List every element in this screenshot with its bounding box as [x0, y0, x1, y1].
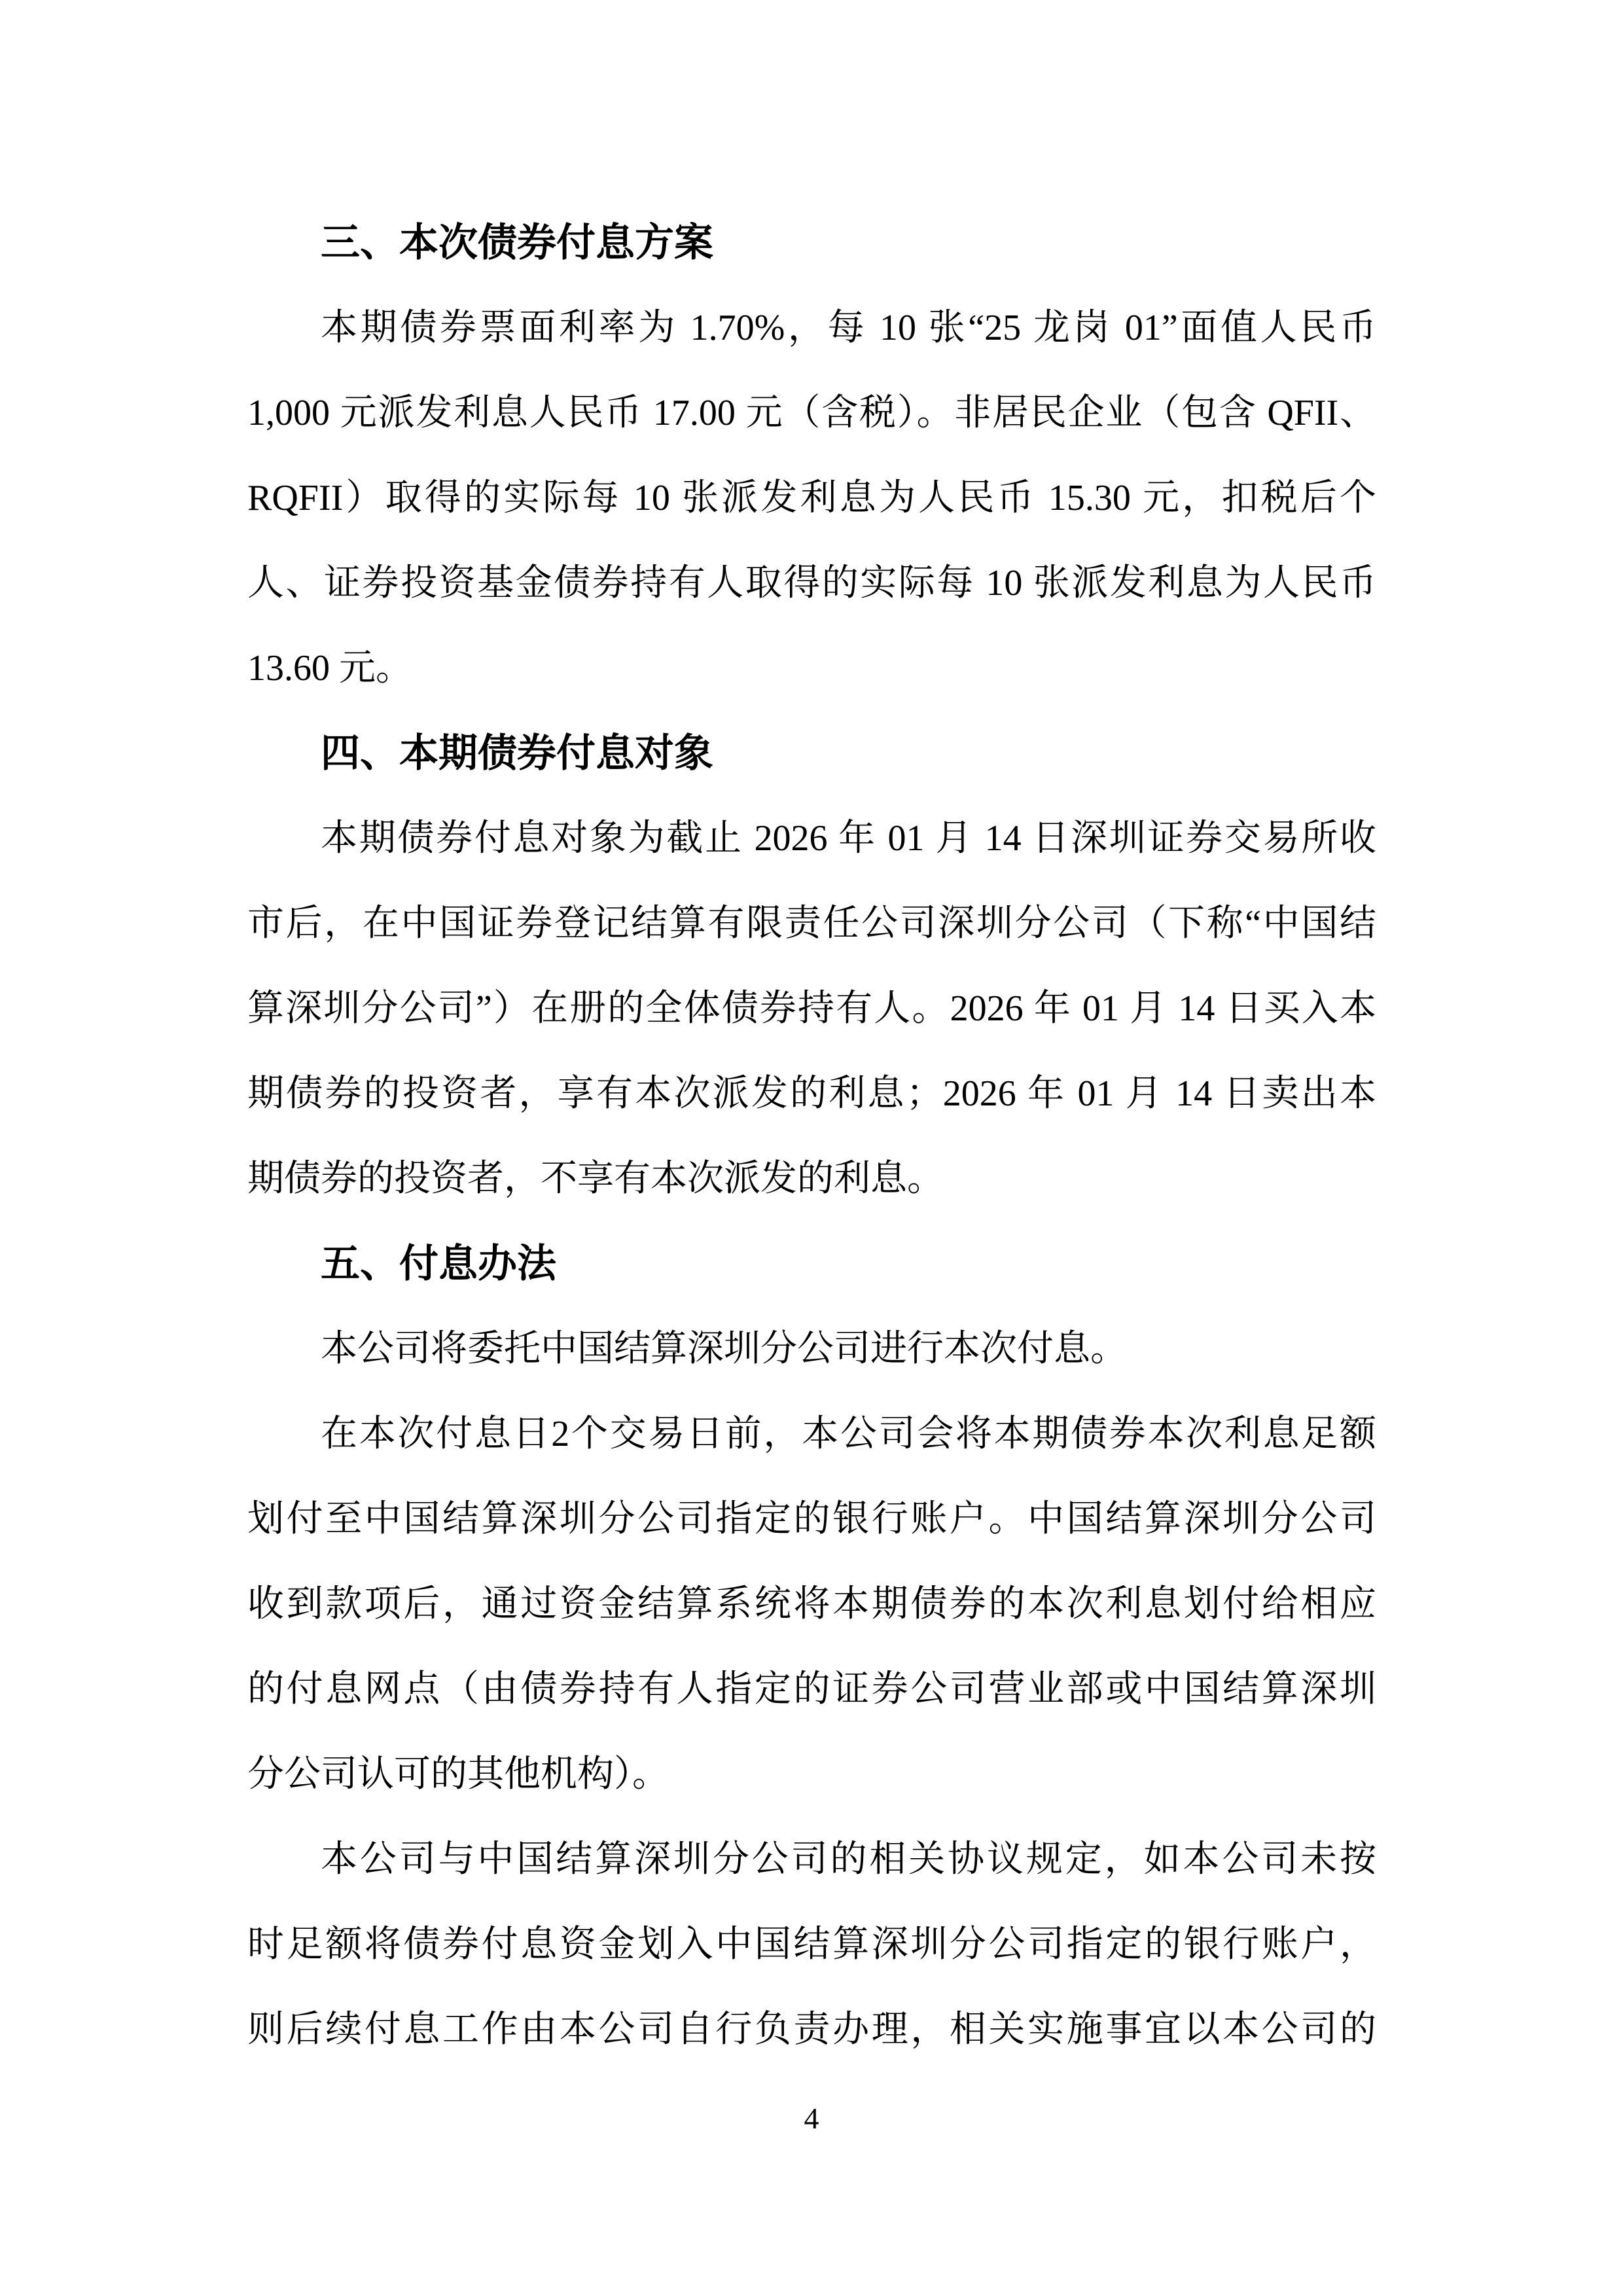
body-line: 市后，在中国证券登记结算有限责任公司深圳分公司（下称“中国结 — [247, 881, 1376, 966]
body-line: RQFII）取得的实际每 10 张派发利息为人民币 15.30 元，扣税后个 — [247, 456, 1376, 541]
document-page: 三、本次债券付息方案本期债券票面利率为 1.70%，每 10 张“25 龙岗 0… — [0, 0, 1623, 2296]
body-line: 人、证券投资基金债券持有人取得的实际每 10 张派发利息为人民币 — [247, 541, 1376, 626]
body-line: 13.60 元。 — [247, 626, 1376, 711]
section-heading: 三、本次债券付息方案 — [247, 200, 1376, 285]
section-heading: 四、本期债券付息对象 — [247, 711, 1376, 796]
section-heading: 五、付息办法 — [247, 1221, 1376, 1306]
body-line: 1,000 元派发利息人民币 17.00 元（含税）。非居民企业（包含 QFII… — [247, 370, 1376, 456]
body-line: 期债券的投资者，不享有本次派发的利息。 — [247, 1136, 1376, 1221]
body-line: 则后续付息工作由本公司自行负责办理，相关实施事宜以本公司的 — [247, 1987, 1376, 2072]
body-line: 本期债券付息对象为截止 2026 年 01 月 14 日深圳证券交易所收 — [247, 796, 1376, 881]
body-line: 算深圳分公司”）在册的全体债券持有人。2026 年 01 月 14 日买入本 — [247, 966, 1376, 1051]
text-content: 三、本次债券付息方案本期债券票面利率为 1.70%，每 10 张“25 龙岗 0… — [247, 200, 1376, 2072]
body-line: 时足额将债券付息资金划入中国结算深圳分公司指定的银行账户， — [247, 1902, 1376, 1987]
body-line: 本公司将委托中国结算深圳分公司进行本次付息。 — [247, 1306, 1376, 1391]
body-line: 收到款项后，通过资金结算系统将本期债券的本次利息划付给相应 — [247, 1562, 1376, 1647]
body-line: 期债券的投资者，享有本次派发的利息；2026 年 01 月 14 日卖出本 — [247, 1051, 1376, 1136]
body-line: 本期债券票面利率为 1.70%，每 10 张“25 龙岗 01”面值人民币 — [247, 285, 1376, 370]
body-line: 划付至中国结算深圳分公司指定的银行账户。中国结算深圳分公司 — [247, 1477, 1376, 1562]
body-line: 分公司认可的其他机构）。 — [247, 1732, 1376, 1817]
page-number: 4 — [0, 2102, 1623, 2135]
body-line: 在本次付息日2个交易日前，本公司会将本期债券本次利息足额 — [247, 1391, 1376, 1477]
body-line: 的付息网点（由债券持有人指定的证券公司营业部或中国结算深圳 — [247, 1647, 1376, 1732]
body-line: 本公司与中国结算深圳分公司的相关协议规定，如本公司未按 — [247, 1817, 1376, 1902]
